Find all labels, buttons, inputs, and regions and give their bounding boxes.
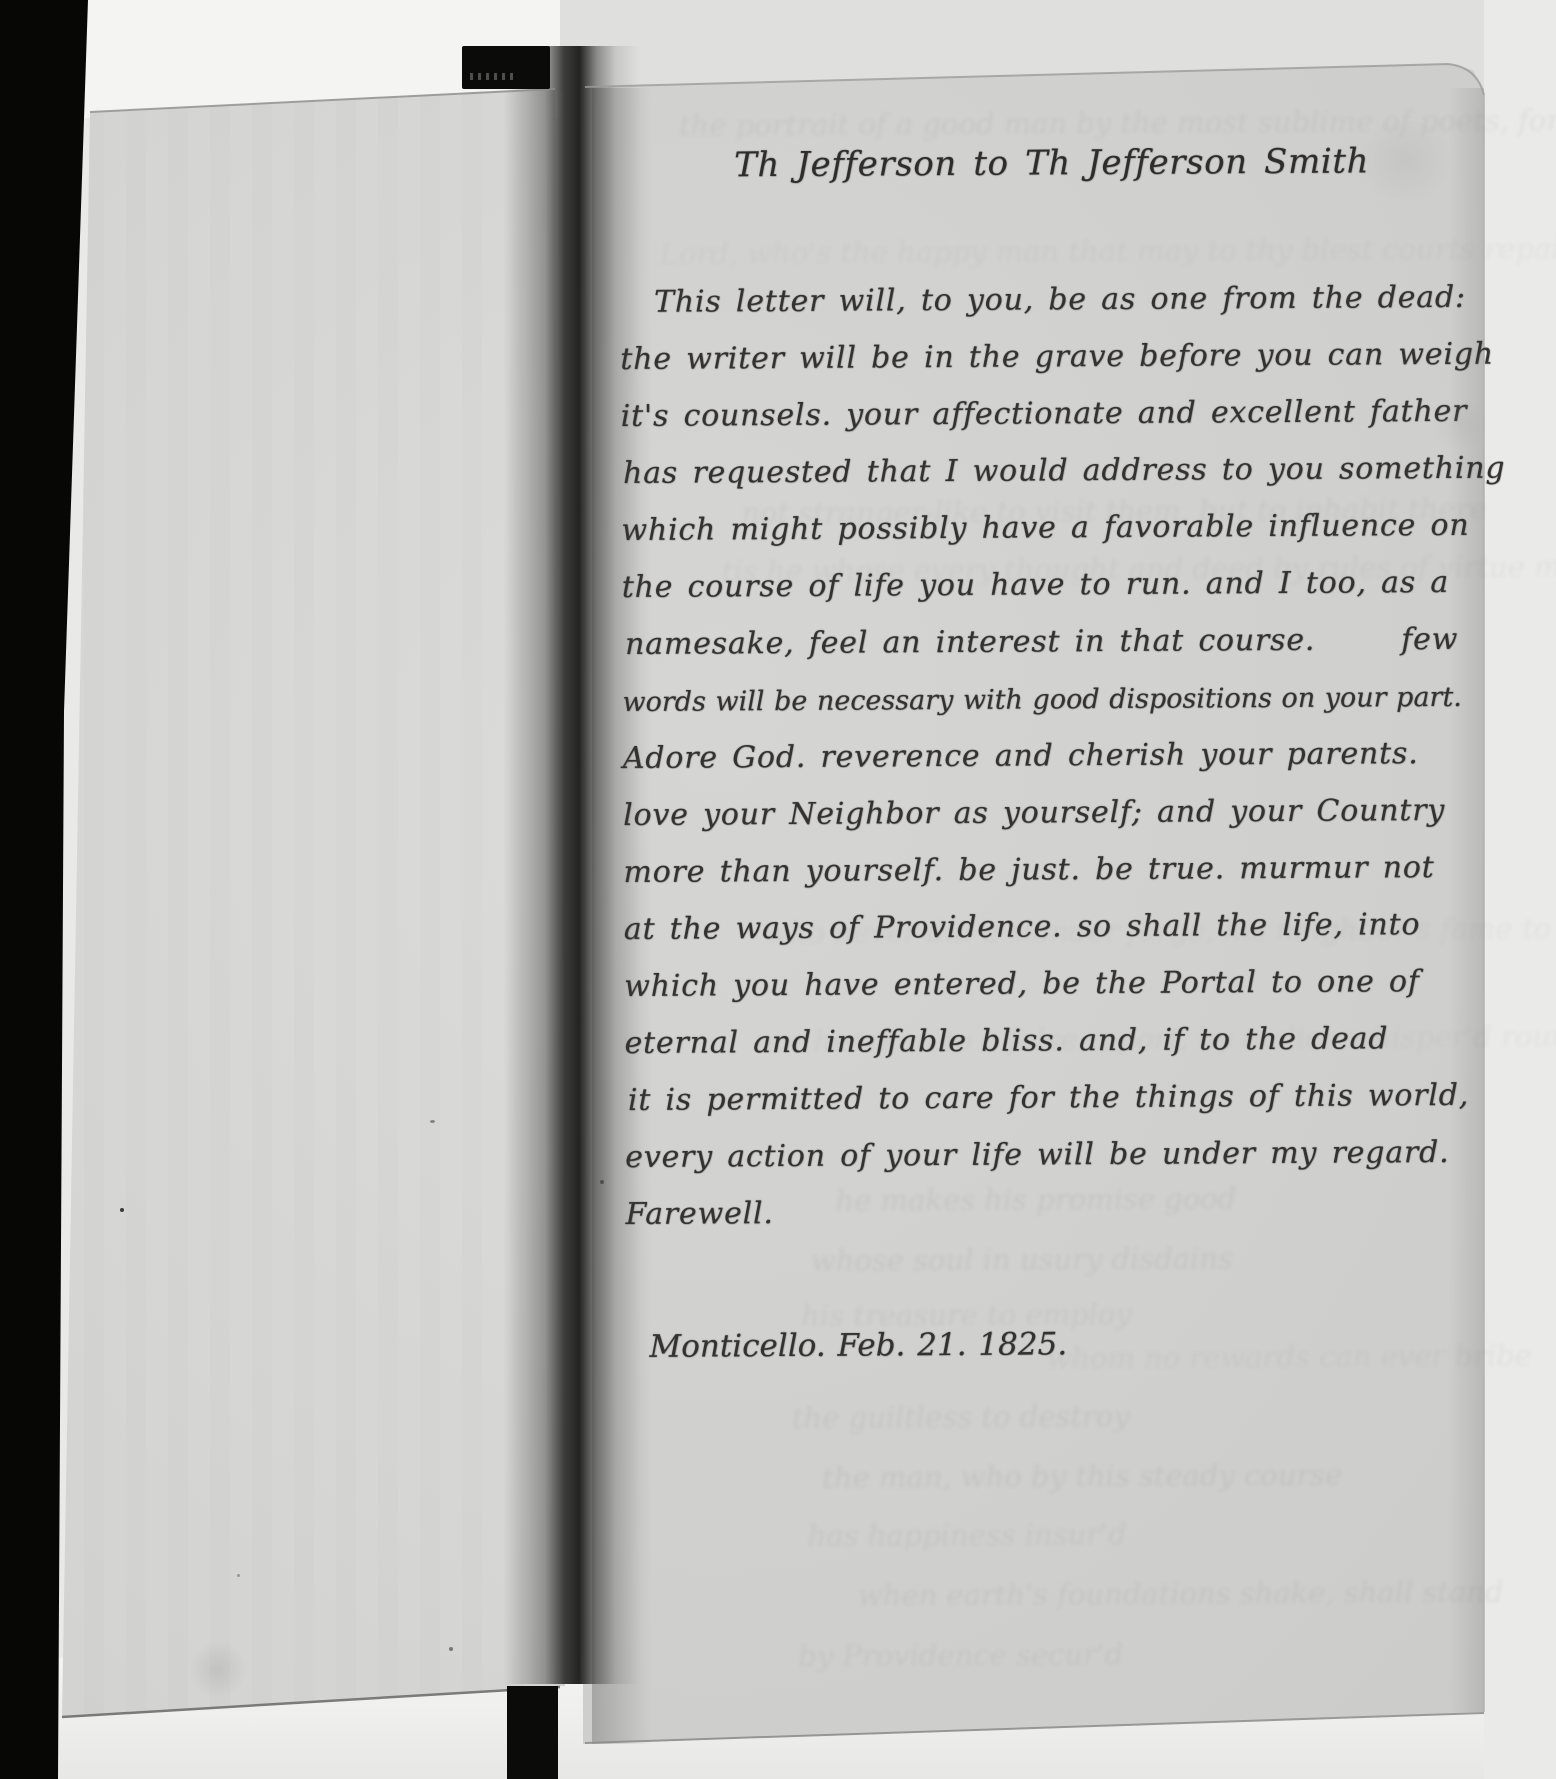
letter-line: which you have entered, be the Portal to… [624,965,1420,1003]
letter-text: Th Jefferson to Th Jefferson Smith This … [0,0,1556,1779]
dust-speck [430,1120,435,1123]
letter-heading: Th Jefferson to Th Jefferson Smith [734,143,1369,184]
letter-line: more than yourself. be just. be true. mu… [623,851,1434,889]
letter-line: love your Neighbor as yourself; and your… [623,794,1445,832]
paper-stain [1430,400,1490,450]
letter-line: Adore God. reverence and cherish your pa… [623,737,1419,775]
letter-line: it's counsels. your affectionate and exc… [621,395,1468,433]
scanned-letter: the portrait of a good man by the most s… [0,0,1556,1779]
letter-closing: Farewell. [625,1197,773,1231]
letter-line: the course of life you have to run. and … [622,566,1449,604]
letter-dateline: Monticello. Feb. 21. 1825. [649,1327,1067,1364]
paper-stain [1350,120,1460,200]
letter-line: the writer will be in the grave before y… [620,338,1494,376]
dust-speck [120,1208,124,1212]
dust-speck [968,640,971,643]
letter-line: namesake, feel an interest in that cours… [625,623,1458,661]
letter-line: has requested that I would address to yo… [623,452,1505,490]
paper-stain [188,1642,248,1697]
letter-line: every action of your life will be under … [625,1136,1449,1174]
dust-speck [600,1180,604,1184]
dust-speck [237,1574,240,1577]
letter-line: it is permitted to care for the things o… [628,1079,1469,1117]
letter-line: words will be necessary with good dispos… [622,683,1462,718]
letter-line: at the ways of Providence. so shall the … [624,908,1421,946]
letter-line: eternal and ineffable bliss. and, if to … [624,1022,1388,1060]
letter-line: which might possibly have a favorable in… [621,509,1469,547]
dust-speck [449,1647,453,1651]
letter-line: This letter will, to you, be as one from… [654,281,1466,319]
